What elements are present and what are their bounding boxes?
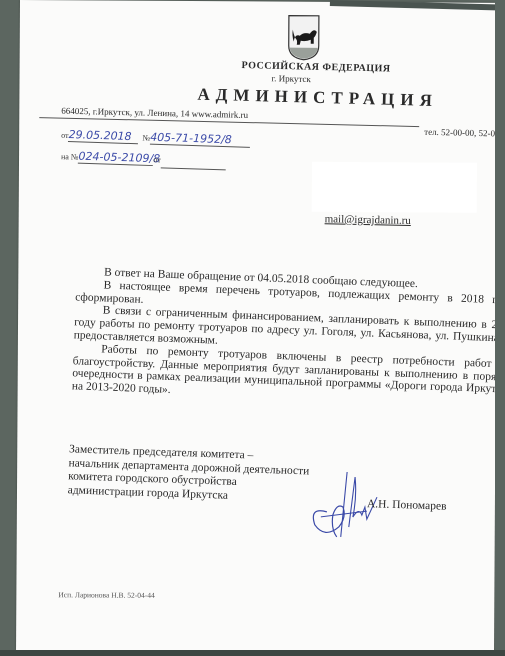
letter-body: В ответ на Ваше обращение от 04.05.2018 … [72, 265, 505, 409]
city-heading: г. Иркутск [271, 73, 311, 84]
number-value: 405-71-1952/8 [150, 131, 250, 148]
executor-note: Исп. Ларионова Н.В. 52-04-44 [58, 590, 154, 600]
outgoing-registration: от29.05.2018 №405-71-1952/8 [61, 125, 251, 149]
date-value: 29.05.2018 [68, 128, 138, 144]
ref-value: 024-05-2109/8 [78, 150, 153, 166]
redacted-recipient [312, 162, 477, 213]
signatory-name: А.Н. Пономарев [367, 498, 447, 513]
coat-of-arms-icon [286, 14, 322, 62]
country-heading: РОССИЙСКАЯ ФЕДЕРАЦИЯ [241, 60, 390, 75]
letter-page: РОССИЙСКАЯ ФЕДЕРАЦИЯ г. Иркутск АДМИНИСТ… [16, 0, 498, 653]
organization-heading: АДМИНИСТРАЦИЯ [197, 85, 438, 111]
incoming-reference: на №024-05-2109/8от [61, 146, 226, 170]
phone-line: тел. 52-00-00, 52-00-40 [424, 127, 505, 139]
scan-background-right [495, 0, 505, 656]
ref-date-blank [161, 149, 227, 170]
scan-background-bottom [0, 650, 505, 656]
recipient-email: mail@igrajdanin.ru [325, 213, 411, 227]
signatory-title: Заместитель председателя комитета – нача… [67, 443, 310, 505]
ref-label: на № [61, 152, 79, 162]
